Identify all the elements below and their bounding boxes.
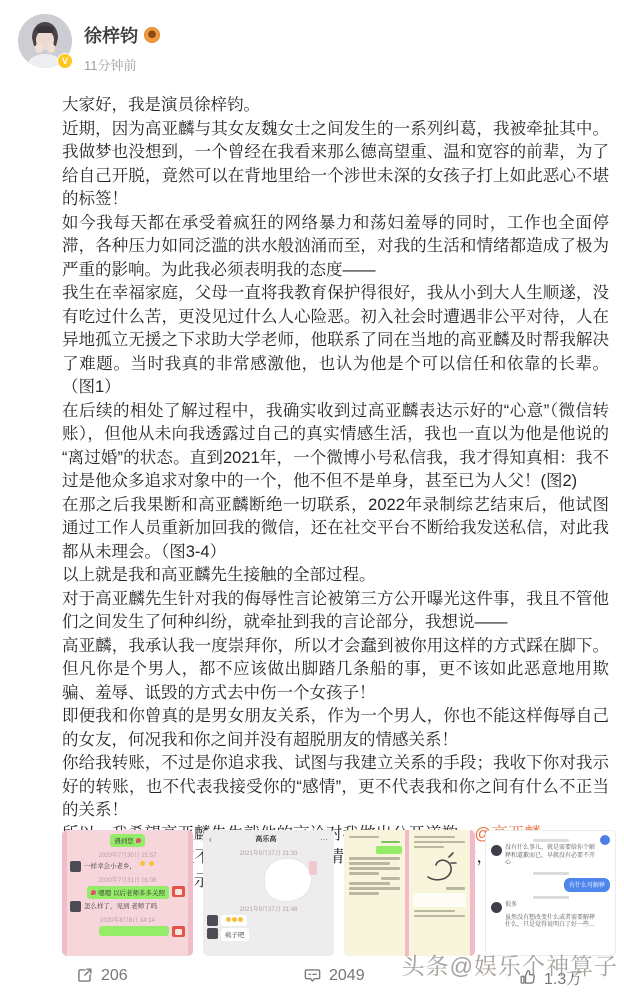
- chat-message: 一样幸会小老乡，: [84, 861, 136, 870]
- post-paragraph: 近期，因为高亚麟与其女友魏女士之间发生的一系列纠葛，我被牵扯其中。我做梦也没想到…: [62, 118, 609, 212]
- post-paragraph: 在后续的相处了解过程中，我确实收到过高亚麟表达示好的“心意”（微信转账），但他从…: [62, 400, 609, 494]
- post-paragraph: 你给我转账，不过是你追求我、试图与我建立关系的手段；我收下你对我示好的转账，也不…: [62, 752, 609, 823]
- chat-avatar: [491, 902, 502, 913]
- watermark-text: 头条@娱乐个神算子: [402, 948, 618, 981]
- author-name[interactable]: 徐梓钧: [84, 22, 138, 48]
- chat-avatar: [70, 861, 81, 872]
- chat-title: 高乐高: [255, 834, 276, 844]
- smiley-icon: [149, 861, 154, 866]
- rose-icon: [91, 890, 96, 895]
- chat-message: 怎么样了，见到 老师了吗: [84, 901, 157, 910]
- back-icon: ‹: [209, 835, 212, 844]
- chat-timestamp: 2021年9月27日 21:48: [207, 904, 330, 913]
- chat-bubble: [99, 926, 169, 936]
- chat-bubble: 嗯嗯 以后老师多多关照: [87, 886, 169, 899]
- post-body: 大家好，我是演员徐梓钧。 近期，因为高亚麟与其女友魏女士之间发生的一系列纠葛，我…: [62, 94, 609, 893]
- share-icon: [75, 966, 94, 985]
- collage-right-panel: [409, 830, 470, 956]
- chat-avatar: [207, 915, 218, 926]
- chat-timestamp: 2020年7月30日 21:57: [70, 850, 185, 859]
- attachment-1-pink-chat-screenshot[interactable]: 遇到您 2020年7月30日 21:57 一样幸会小老乡， 2020年7月31日…: [62, 830, 193, 956]
- chat-message: 很多: [505, 902, 517, 913]
- smiley-icon: [140, 861, 145, 866]
- attachment-2-wechat-screenshot[interactable]: ‹ 高乐高 ··· 2021年9月27日 21:33 2021年9月27日 21…: [203, 830, 334, 956]
- chat-message: 疯子吧: [221, 928, 249, 941]
- chat-timestamp: [533, 839, 569, 842]
- chat-timestamp: 2020年8月8日 14:14: [70, 915, 185, 924]
- share-button[interactable]: 206: [75, 966, 128, 985]
- smiley-icon: [232, 917, 237, 922]
- attachment-4-dm-screenshot[interactable]: 没有什么事儿，就是需要给你个解释和道歉而已，早就没有必要不开心 有什么可解释 很…: [485, 830, 616, 956]
- post-paragraph: 如今我每天都在承受着疯狂的网络暴力和荡妇羞辱的同时，工作也全面停滞，各种压力如同…: [62, 212, 609, 283]
- comment-icon: [303, 966, 322, 985]
- smiley-icon: [226, 917, 231, 922]
- chat-bubble: [221, 915, 247, 926]
- medal-icon: [144, 27, 160, 43]
- collage-left-panel: [344, 830, 405, 956]
- chat-bubble: 遇到您: [110, 834, 145, 847]
- post-paragraph: 在那之后我果断和高亚麟断绝一切联系，2022年录制综艺结束后，他试图通过工作人员…: [62, 494, 609, 565]
- post-paragraph: 即便我和你曾真的是男女朋友关系，作为一个男人，你也不能这样侮辱自己的女友，何况我…: [62, 705, 609, 752]
- share-count: 206: [101, 967, 128, 985]
- chat-timestamp: 2020年7月31日 01:08: [70, 875, 185, 884]
- post-paragraph: 以上就是我和高亚麟先生接触的全部过程。: [62, 564, 609, 588]
- chat-message: 没有什么事儿，就是需要给你个解释和道歉而已，早就没有必要不开心: [505, 845, 597, 868]
- post-timestamp: 11分钟前: [84, 55, 160, 74]
- comment-button[interactable]: 2049: [303, 966, 365, 985]
- author-avatar[interactable]: V: [18, 14, 72, 68]
- post-page: V 徐梓钧 11分钟前 大家好，我是演员徐梓钧。 近期，因为高亚麟与其女友魏女士…: [0, 0, 624, 1000]
- chat-bubble: [376, 846, 402, 854]
- sticker-icon: [172, 886, 185, 897]
- chat-timestamp: [533, 872, 569, 875]
- more-icon: ···: [320, 835, 328, 844]
- attachment-thumbnails: 遇到您 2020年7月30日 21:57 一样幸会小老乡， 2020年7月31日…: [62, 830, 616, 956]
- chat-avatar: [491, 845, 502, 856]
- post-paragraph: 高亚麟，我承认我一度崇拜你，所以才会蠢到被你用这样的方式踩在脚下。但凡你是个男人…: [62, 635, 609, 706]
- smiley-icon: [238, 917, 243, 922]
- dm-app-icon: [600, 835, 610, 845]
- chat-timestamp: [533, 896, 569, 899]
- chat-message: 虽然没有想改变什么或者需要解释什么，只是觉得说明白了好一些…: [505, 915, 597, 930]
- attachment-3-chat-collage-screenshot[interactable]: [344, 830, 475, 956]
- chat-timestamp: 2021年9月27日 21:33: [207, 848, 330, 857]
- chat-bubble: 有什么可解释: [564, 878, 610, 892]
- rose-icon: [136, 838, 141, 843]
- v-badge-icon: V: [57, 53, 73, 69]
- post-paragraph: 大家好，我是演员徐梓钧。: [62, 94, 609, 118]
- post-paragraph: 我生在幸福家庭，父母一直将我教育保护得很好，我从小到大人生顺遂，没有吃过什么苦，…: [62, 282, 609, 400]
- sticker-icon: [172, 926, 185, 937]
- comment-count: 2049: [329, 967, 365, 985]
- sticker-blob-icon: [265, 859, 311, 901]
- chat-avatar: [70, 901, 81, 912]
- post-paragraph: 对于高亚麟先生针对我的侮辱性言论被第三方公开曝光这件事，我且不管他们之间发生了何…: [62, 588, 609, 635]
- chat-avatar: [207, 928, 218, 939]
- hand-doodle-icon: [422, 851, 458, 885]
